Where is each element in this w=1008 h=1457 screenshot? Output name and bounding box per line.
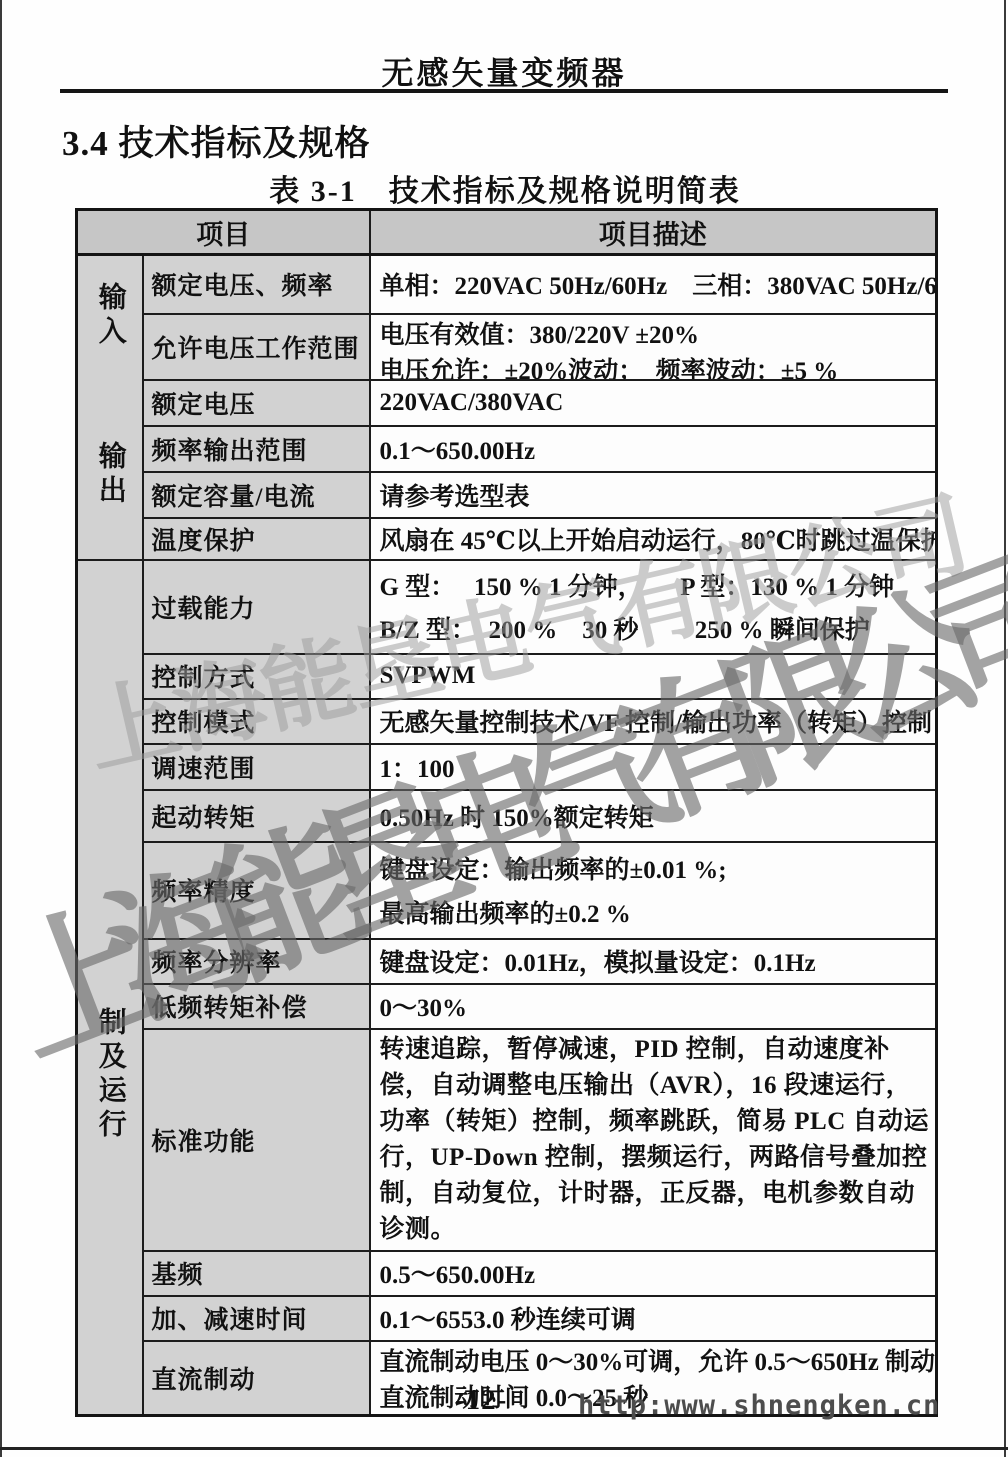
table-caption: 表 3-1 技术指标及规格说明简表 xyxy=(75,166,935,210)
spec-item-label: 基频 xyxy=(143,1251,370,1296)
spec-item-desc: 0.1～650.00Hz xyxy=(370,426,937,472)
spec-item-label: 频率输出范围 xyxy=(143,426,370,472)
table-row: 额定容量/电流 请参考选型表 xyxy=(77,472,937,518)
spec-item-desc: 0.5～650.00Hz xyxy=(370,1251,937,1296)
spec-item-label: 起动转矩 xyxy=(143,790,370,842)
spec-item-label: 控制模式 xyxy=(143,699,370,744)
spec-item-label: 额定电压、频率 xyxy=(143,255,370,314)
spec-item-label: 加、减速时间 xyxy=(143,1296,370,1341)
header-rule xyxy=(60,89,948,93)
group-cell-control: 制及运行 xyxy=(77,560,143,1416)
spec-item-desc: 0～30% xyxy=(370,984,937,1029)
spec-item-desc: 电压有效值：380/220V ±20% 电压允许：±20%波动； 频率波动：±5… xyxy=(370,314,937,380)
spec-item-label: 标准功能 xyxy=(143,1029,370,1251)
table-row: 温度保护 风扇在 45℃以上开始启动运行，80℃时跳过温保护 xyxy=(77,518,937,560)
table-row: 加、减速时间 0.1～6553.0 秒连续可调 xyxy=(77,1296,937,1341)
table-header-row: 项目 项目描述 xyxy=(77,210,937,255)
table-row: 允许电压工作范围 电压有效值：380/220V ±20% 电压允许：±20%波动… xyxy=(77,314,937,380)
spec-item-label: 控制方式 xyxy=(143,654,370,699)
spec-item-label: 频率分辨率 xyxy=(143,939,370,984)
header-cell-item: 项目 xyxy=(77,210,370,255)
spec-item-label: 直流制动 xyxy=(143,1341,370,1416)
spec-item-desc: 1：100 xyxy=(370,744,937,790)
spec-item-label: 频率精度 xyxy=(143,842,370,939)
spec-item-label: 调速范围 xyxy=(143,744,370,790)
table-row: 频率输出范围 0.1～650.00Hz xyxy=(77,426,937,472)
spec-item-desc: 0.50Hz 时 150%额定转矩 xyxy=(370,790,937,842)
footer-url: http:www.shnengken.cn xyxy=(578,1390,940,1421)
spec-item-label: 额定电压 xyxy=(143,380,370,426)
spec-item-desc: 220VAC/380VAC xyxy=(370,380,937,426)
table-row: 输入 输出 额定电压、频率 单相：220VAC 50Hz/60Hz 三相：380… xyxy=(77,255,937,314)
group-label-control-run: 制及运行 xyxy=(96,1007,124,1143)
table-row: 标准功能 转速追踪，暂停减速，PID 控制，自动速度补偿，自动调整电压输出（AV… xyxy=(77,1029,937,1251)
table-row: 基频 0.5～650.00Hz xyxy=(77,1251,937,1296)
group-cell-io: 输入 输出 xyxy=(77,255,143,560)
table-row: 频率精度 键盘设定：输出频率的±0.01 %; 最高输出频率的±0.2 % xyxy=(77,842,937,939)
spec-item-desc: 单相：220VAC 50Hz/60Hz 三相：380VAC 50Hz/60Hz xyxy=(370,255,937,314)
spec-item-desc: 风扇在 45℃以上开始启动运行，80℃时跳过温保护 xyxy=(370,518,937,560)
header-cell-desc: 项目描述 xyxy=(370,210,937,255)
manual-page: 无感矢量变频器 3.4 技术指标及规格 表 3-1 技术指标及规格说明简表 项目… xyxy=(0,0,1008,1457)
spec-item-label: 低频转矩补偿 xyxy=(143,984,370,1029)
group-label-output: 输出 xyxy=(96,441,124,509)
table-row: 控制模式 无感矢量控制技术/VF 控制/输出功率（转矩）控制 xyxy=(77,699,937,744)
table-row: 控制方式 SVPWM xyxy=(77,654,937,699)
table-row: 频率分辨率 键盘设定：0.01Hz，模拟量设定：0.1Hz xyxy=(77,939,937,984)
spec-item-desc: 键盘设定：输出频率的±0.01 %; 最高输出频率的±0.2 % xyxy=(370,842,937,939)
page-edge-right xyxy=(1004,0,1006,1457)
group-label-input: 输入 xyxy=(96,282,124,350)
table-row: 低频转矩补偿 0～30% xyxy=(77,984,937,1029)
table-row: 调速范围 1：100 xyxy=(77,744,937,790)
page-edge-bottom xyxy=(0,1447,1008,1450)
table-row: 制及运行 过载能力 G 型： 150 % 1 分钟， P 型：130 % 1 分… xyxy=(77,560,937,654)
spec-table: 项目 项目描述 输入 输出 额定电压、频率 单相：220VAC 50Hz/60H… xyxy=(75,208,938,1417)
spec-item-desc: SVPWM xyxy=(370,654,937,699)
spec-item-desc: G 型： 150 % 1 分钟， P 型：130 % 1 分钟 B/Z 型： 2… xyxy=(370,560,937,654)
spec-item-desc: 无感矢量控制技术/VF 控制/输出功率（转矩）控制 xyxy=(370,699,937,744)
spec-item-desc: 转速追踪，暂停减速，PID 控制，自动速度补偿，自动调整电压输出（AVR），16… xyxy=(370,1029,937,1251)
table-row: 额定电压 220VAC/380VAC xyxy=(77,380,937,426)
spec-item-label: 过载能力 xyxy=(143,560,370,654)
spec-item-desc: 请参考选型表 xyxy=(370,472,937,518)
page-edge-left xyxy=(0,0,2,1457)
spec-item-desc: 0.1～6553.0 秒连续可调 xyxy=(370,1296,937,1341)
page-number: -12- xyxy=(455,1384,507,1417)
table-row: 起动转矩 0.50Hz 时 150%额定转矩 xyxy=(77,790,937,842)
spec-item-label: 温度保护 xyxy=(143,518,370,560)
spec-item-label: 允许电压工作范围 xyxy=(143,314,370,380)
spec-item-desc: 键盘设定：0.01Hz，模拟量设定：0.1Hz xyxy=(370,939,937,984)
document-header-title: 无感矢量变频器 xyxy=(60,48,948,94)
section-title: 3.4 技术指标及规格 xyxy=(62,116,371,166)
spec-item-label: 额定容量/电流 xyxy=(143,472,370,518)
